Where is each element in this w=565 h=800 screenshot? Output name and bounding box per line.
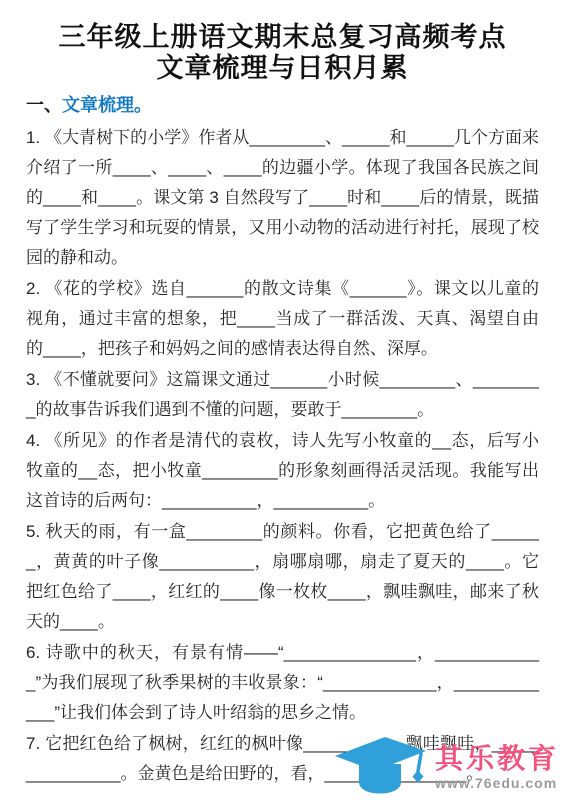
question-item-3: 3. 《不懂就要问》这篇课文通过______小时候________、______… — [26, 365, 539, 425]
item-number: 6. — [26, 643, 40, 662]
item-text: 秋天的雨，有一盒________的颜料。你看，它把黄色给了______，黄黄的叶… — [26, 522, 539, 631]
section-number: 一、 — [26, 95, 62, 115]
graduation-cap-icon — [327, 734, 431, 794]
item-number: 4. — [26, 431, 40, 450]
watermark-text: 其乐教育 www.76edu.com — [435, 744, 559, 794]
question-item-4: 4. 《所见》的作者是清代的袁枚，诗人先写小牧童的__态，后写小牧童的__态，把… — [26, 426, 539, 516]
item-text: 《所见》的作者是清代的袁枚，诗人先写小牧童的__态，后写小牧童的__态，把小牧童… — [26, 431, 539, 510]
item-text: 《花的学校》选自______的散文诗集《______》。课文以儿童的视角，通过丰… — [26, 279, 539, 358]
worksheet-page: 三年级上册语文期末总复习高频考点 文章梳理与日积月累 一、文章梳理。 1. 《大… — [0, 0, 565, 800]
item-text: 《大青树下的小学》作者从________、_____和_____几个方面来介绍了… — [26, 128, 539, 267]
question-item-1: 1. 《大青树下的小学》作者从________、_____和_____几个方面来… — [26, 123, 539, 273]
item-number: 5. — [26, 522, 40, 541]
title-line-2: 文章梳理与日积月累 — [26, 53, 539, 84]
brand-url: www.76edu.com — [435, 774, 557, 792]
watermark: 其乐教育 www.76edu.com — [327, 734, 559, 794]
question-item-5: 5. 秋天的雨，有一盒________的颜料。你看，它把黄色给了______，黄… — [26, 517, 539, 637]
page-title: 三年级上册语文期末总复习高频考点 文章梳理与日积月累 — [26, 22, 539, 84]
item-number: 7. — [26, 734, 40, 753]
question-item-2: 2. 《花的学校》选自______的散文诗集《______》。课文以儿童的视角，… — [26, 274, 539, 364]
section-title: 文章梳理。 — [62, 95, 152, 115]
section-header: 一、文章梳理。 — [26, 92, 539, 118]
item-number: 3. — [26, 370, 40, 389]
item-text: 《不懂就要问》这篇课文通过______小时候________、________的… — [26, 370, 539, 419]
title-line-1: 三年级上册语文期末总复习高频考点 — [26, 22, 539, 53]
brand-name: 其乐教育 — [435, 744, 559, 774]
question-item-6: 6. 诗歌中的秋天，有景有情——“______________，________… — [26, 638, 539, 728]
item-text: 诗歌中的秋天，有景有情——“______________，___________… — [26, 643, 539, 722]
item-number: 1. — [26, 128, 40, 147]
item-number: 2. — [26, 279, 40, 298]
